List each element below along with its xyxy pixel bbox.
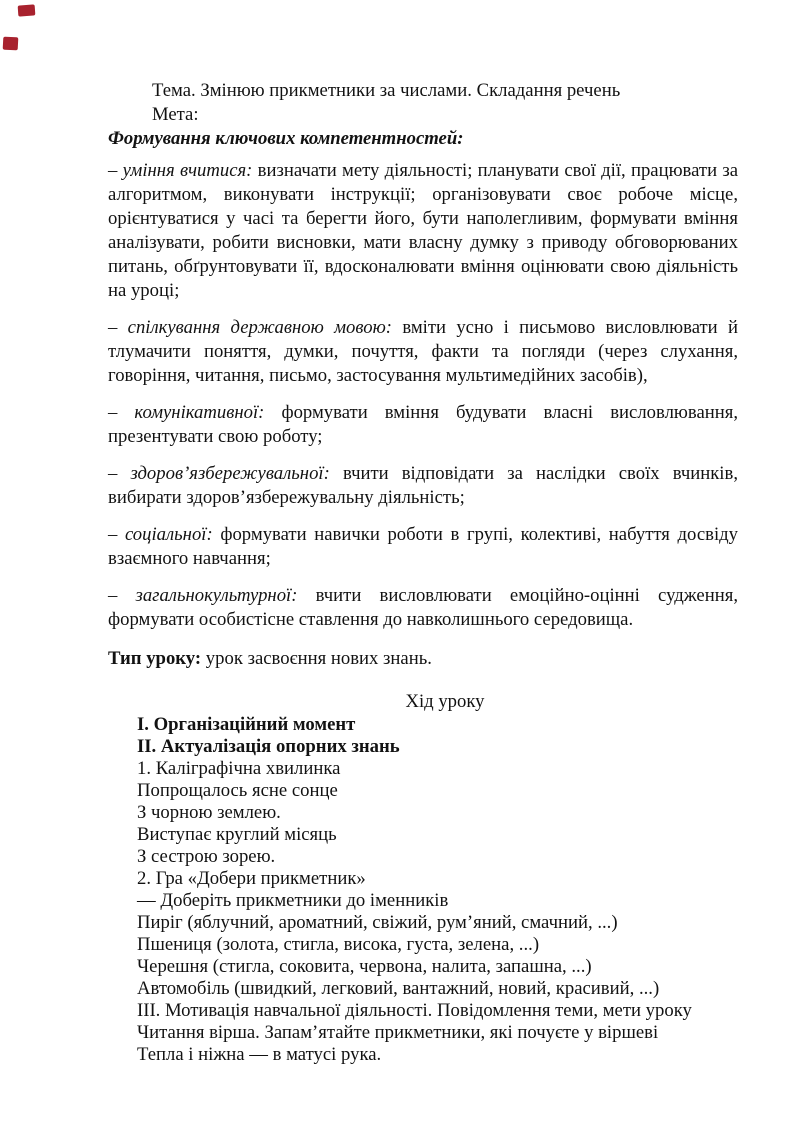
flow-line: 2. Гра «Добери прикметник» — [108, 868, 738, 890]
flow-line: ІІ. Актуалізація опорних знань — [108, 736, 738, 758]
competency-paragraph: – здоров’язбережувальної: вчити відповід… — [108, 462, 738, 510]
flow-line: 1. Каліграфічна хвилинка — [108, 758, 738, 780]
lesson-flow-heading: Хід уроку — [108, 690, 738, 714]
competencies-heading: Формування ключових компетентностей: — [108, 127, 738, 151]
flow-line: Попрощалось ясне сонце — [108, 780, 738, 802]
lesson-type-line: Тип уроку: урок засвоєння нових знань. — [108, 647, 738, 671]
competency-term: – загальнокультурної: — [108, 585, 297, 606]
competency-paragraph: – соціальної: формувати навички роботи в… — [108, 523, 738, 571]
flow-line: З чорною землею. — [108, 802, 738, 824]
flow-line: Черешня (стигла, соковита, червона, нали… — [108, 956, 738, 978]
competency-term: – соціальної: — [108, 524, 213, 545]
document-content: Тема. Змінюю прикметники за числами. Скл… — [108, 79, 738, 1066]
flow-line: Пшениця (золота, стигла, висока, густа, … — [108, 934, 738, 956]
flow-line: — Доберіть прикметники до іменників — [108, 890, 738, 912]
flow-line: ІІІ. Мотивація навчальної діяльності. По… — [108, 1000, 738, 1022]
red-corner-mark-top — [18, 4, 36, 16]
flow-line: Виступає круглий місяць — [108, 824, 738, 846]
flow-line: Читання вірша. Запам’ятайте прикметники,… — [108, 1022, 738, 1044]
competency-term: – спілкування державною мовою: — [108, 317, 392, 338]
competency-paragraph: – загальнокультурної: вчити висловлювати… — [108, 584, 738, 632]
meta-line: Мета: — [108, 103, 738, 127]
flow-line: Пиріг (яблучний, ароматний, свіжий, рум’… — [108, 912, 738, 934]
lesson-type-label: Тип уроку: — [108, 648, 201, 669]
competency-term: – комунікативної: — [108, 402, 264, 423]
lesson-flow: І. Організаційний момент ІІ. Актуалізаці… — [108, 714, 738, 1066]
red-corner-mark-bottom — [3, 37, 19, 51]
competency-paragraph: – уміння вчитися: визначати мету діяльно… — [108, 159, 738, 303]
topic-line: Тема. Змінюю прикметники за числами. Скл… — [108, 79, 738, 103]
flow-line: Автомобіль (швидкий, легковий, вантажний… — [108, 978, 738, 1000]
competency-paragraph: – спілкування державною мовою: вміти усн… — [108, 316, 738, 388]
competency-term: – здоров’язбережувальної: — [108, 463, 330, 484]
flow-line: З сестрою зорею. — [108, 846, 738, 868]
competency-body: визначати мету діяльності; планувати сво… — [108, 160, 738, 301]
document-page: Тема. Змінюю прикметники за числами. Скл… — [0, 0, 794, 1123]
lesson-type-text: урок засвоєння нових знань. — [206, 648, 432, 669]
flow-line: І. Організаційний момент — [108, 714, 738, 736]
competency-term: – уміння вчитися: — [108, 160, 252, 181]
competency-paragraph: – комунікативної: формувати вміння будув… — [108, 401, 738, 449]
flow-line: Тепла і ніжна — в матусі рука. — [108, 1044, 738, 1066]
